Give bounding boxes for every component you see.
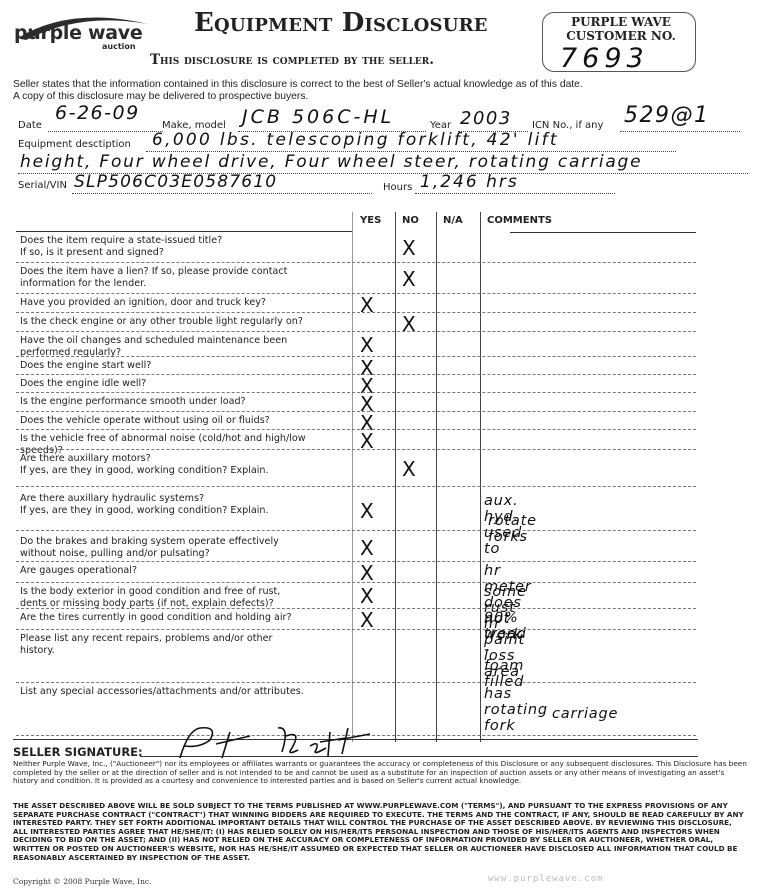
date-underline [48, 130, 163, 132]
row-divider [16, 608, 696, 609]
row-divider [16, 429, 696, 430]
answer-cell-na[interactable] [437, 631, 480, 682]
comment-field-line-2[interactable]: carriage [552, 706, 618, 722]
answer-cell-yes[interactable] [353, 631, 395, 682]
answer-cell-no[interactable] [396, 295, 436, 312]
customer-box-label-2: CUSTOMER NO. [566, 29, 676, 43]
serial-field[interactable]: SLP506C03E0587610 [74, 172, 277, 192]
answer-mark-yes: X [360, 610, 374, 630]
comment-field-line-2[interactable]: rotate forks [488, 513, 537, 545]
year-field[interactable]: 2003 [460, 108, 512, 129]
question-line-2: If yes, are they in good, working condit… [20, 465, 350, 477]
question-text: Does the engine idle well? [20, 378, 350, 390]
question-text: Does the engine start well? [20, 360, 350, 372]
row-divider [16, 561, 696, 562]
row-divider [16, 331, 696, 332]
question-line-2: without noise, pulling and/or pulsating? [20, 548, 350, 560]
question-line-2: If so, is it present and signed? [20, 247, 350, 259]
icn-underline [620, 130, 740, 132]
question-text: Does the item require a state-issued tit… [20, 235, 350, 259]
answer-cell-no[interactable] [396, 491, 436, 530]
answer-mark-no: X [402, 269, 416, 289]
question-text: Are there auxillary hydraulic systems?If… [20, 493, 350, 517]
question-line-1: Are the tires currently in good conditio… [20, 612, 350, 624]
row-divider [16, 449, 696, 450]
question-line-1: Are there auxillary hydraulic systems? [20, 493, 350, 505]
question-line-1: Is the check engine or any other trouble… [20, 316, 350, 328]
page-title: Equipment Disclosure [194, 8, 488, 38]
question-line-2: performed regularly? [20, 347, 350, 359]
question-text: Is the engine performance smooth under l… [20, 396, 350, 408]
disclaimer-paragraph-2: THE ASSET DESCRIBED ABOVE WILL BE SOLD S… [13, 802, 748, 862]
answer-mark-yes: X [360, 563, 374, 583]
question-text: Does the vehicle operate without using o… [20, 415, 350, 427]
question-text: Are there auxillary motors?If yes, are t… [20, 453, 350, 477]
icn-field[interactable]: 529@1 [624, 103, 710, 128]
question-text: Is the check engine or any other trouble… [20, 316, 350, 328]
question-line-1: Is the body exterior in good condition a… [20, 586, 350, 598]
answer-mark-yes: X [360, 431, 374, 451]
row-divider [16, 293, 696, 294]
question-line-1: Are there auxillary motors? [20, 453, 350, 465]
answer-cell-na[interactable] [437, 295, 480, 312]
answer-mark-no: X [402, 238, 416, 258]
answer-cell-na[interactable] [437, 264, 480, 293]
header-rule [16, 231, 352, 232]
question-line-1: Are gauges operational? [20, 565, 350, 577]
answer-mark-yes: X [360, 538, 374, 558]
description-field-line-2[interactable]: height, Four wheel drive, Four wheel ste… [20, 152, 642, 172]
question-line-1: Does the item require a state-issued tit… [20, 235, 350, 247]
answer-cell-na[interactable] [437, 413, 480, 429]
question-line-1: Have you provided an ignition, door and … [20, 297, 350, 309]
row-divider [16, 262, 696, 263]
question-text: Are the tires currently in good conditio… [20, 612, 350, 624]
column-header-comments: COMMENTS [487, 215, 552, 226]
answer-cell-na[interactable] [437, 451, 480, 486]
question-line-1: List any special accessories/attachments… [20, 686, 350, 698]
customer-number-value[interactable]: 7693 [560, 43, 649, 74]
comment-field[interactable]: has rotating fork [484, 686, 548, 734]
answer-cell-na[interactable] [437, 563, 480, 582]
row-divider [16, 682, 696, 683]
question-line-1: Does the vehicle operate without using o… [20, 415, 350, 427]
page-subtitle: This disclosure is completed by the sell… [150, 52, 434, 68]
answer-cell-no[interactable] [396, 333, 436, 356]
answer-cell-na[interactable] [437, 610, 480, 629]
make-model-field[interactable]: JCB 506C-HL [242, 106, 394, 128]
question-text: Do the brakes and braking system operate… [20, 536, 350, 560]
question-text: Have you provided an ignition, door and … [20, 297, 350, 309]
comments-rule [510, 232, 696, 233]
seller-signature-field[interactable] [170, 722, 410, 762]
answer-mark-yes: X [360, 335, 374, 355]
answer-cell-na[interactable] [437, 584, 480, 608]
answer-cell-na[interactable] [437, 376, 480, 392]
footer-url: www.purplewave.com [488, 874, 604, 884]
question-line-1: Have the oil changes and scheduled maint… [20, 335, 350, 347]
column-header-na: N/A [443, 215, 463, 226]
answer-cell-yes[interactable] [353, 451, 395, 486]
row-divider [16, 530, 696, 531]
question-text: Is the body exterior in good condition a… [20, 586, 350, 610]
question-line-2: If yes, are they in good, working condit… [20, 505, 350, 517]
question-text: Are gauges operational? [20, 565, 350, 577]
row-divider [16, 582, 696, 583]
answer-cell-no[interactable] [396, 431, 436, 449]
customer-box-label: PURPLE WAVE CUSTOMER NO. [566, 15, 676, 43]
answer-cell-yes[interactable] [353, 314, 395, 331]
answer-cell-yes[interactable] [353, 264, 395, 293]
answer-cell-na[interactable] [437, 534, 480, 561]
answer-cell-no[interactable] [396, 376, 436, 392]
answer-cell-no[interactable] [396, 584, 436, 608]
answer-cell-no[interactable] [396, 563, 436, 582]
answer-cell-no[interactable] [396, 610, 436, 629]
row-divider [16, 356, 696, 357]
row-divider [16, 392, 696, 393]
row-divider [16, 486, 696, 487]
answer-mark-yes: X [360, 501, 374, 521]
date-field[interactable]: 6-26-09 [55, 102, 140, 124]
seller-signature-label: SELLER SIGNATURE: [13, 745, 143, 759]
question-line-1: Does the item have a lien? If so, please… [20, 266, 350, 278]
hours-underline [415, 192, 615, 194]
answer-cell-no[interactable] [396, 394, 436, 411]
customer-box-label-1: PURPLE WAVE [566, 15, 676, 29]
copyright: Copyright © 2008 Purple Wave, Inc. [13, 877, 152, 886]
column-divider-comments [480, 212, 481, 742]
answer-cell-no[interactable] [396, 631, 436, 682]
column-header-no: NO [402, 215, 419, 226]
answer-mark-no: X [402, 459, 416, 479]
statement-line-1: Seller states that the information conta… [13, 79, 753, 91]
comment-field[interactable]: 90% tread - foam filled [484, 610, 527, 690]
question-line-2: information for the lender. [20, 278, 350, 290]
answer-cell-na[interactable] [437, 394, 480, 411]
hours-label: Hours [383, 182, 412, 193]
seller-statement: Seller states that the information conta… [13, 79, 753, 103]
disclaimer-paragraph-1: Neither Purple Wave, Inc., ("Auctioneer"… [13, 760, 748, 786]
row-divider [16, 374, 696, 375]
serial-label: Serial/VIN [18, 180, 67, 191]
answer-cell-yes[interactable] [353, 233, 395, 262]
answer-cell-na[interactable] [437, 333, 480, 356]
question-text: Please list any recent repairs, problems… [20, 633, 350, 657]
logo-sub: auction [102, 42, 136, 51]
question-text: List any special accessories/attachments… [20, 686, 350, 698]
answer-cell-na[interactable] [437, 431, 480, 449]
answer-cell-no[interactable] [396, 413, 436, 429]
question-line-2: history. [20, 645, 350, 657]
answer-mark-yes: X [360, 586, 374, 606]
date-label: Date [18, 120, 42, 131]
answer-cell-na[interactable] [437, 491, 480, 530]
answer-cell-na[interactable] [437, 314, 480, 331]
answer-cell-no[interactable] [396, 534, 436, 561]
hours-field[interactable]: 1,246 hrs [420, 172, 519, 192]
answer-cell-na[interactable] [437, 684, 480, 735]
row-divider [16, 629, 696, 630]
question-line-1: Does the engine idle well? [20, 378, 350, 390]
question-line-1: Please list any recent repairs, problems… [20, 633, 350, 645]
description-field-line-1[interactable]: 6,000 lbs. telescoping forklift, 42' lif… [152, 130, 559, 150]
answer-cell-na[interactable] [437, 358, 480, 374]
serial-underline [72, 192, 372, 194]
logo-brand: purple wave [14, 22, 142, 44]
row-divider [16, 312, 696, 313]
description-label: Equipment desctiption [18, 139, 131, 150]
question-line-1: Is the engine performance smooth under l… [20, 396, 350, 408]
question-line-1: Do the brakes and braking system operate… [20, 536, 350, 548]
question-line-1: Does the engine start well? [20, 360, 350, 372]
column-header-yes: YES [360, 215, 381, 226]
question-text: Does the item have a lien? If so, please… [20, 266, 350, 290]
answer-cell-na[interactable] [437, 233, 480, 262]
row-divider [16, 411, 696, 412]
answer-cell-no[interactable] [396, 358, 436, 374]
